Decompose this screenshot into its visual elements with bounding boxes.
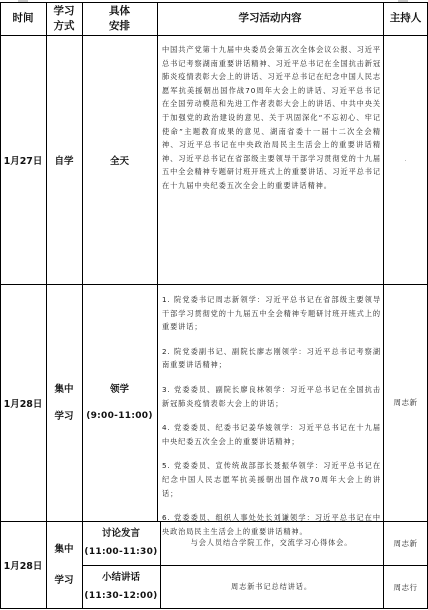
header-method-line1: 学习 (54, 4, 75, 19)
header-arrangement-line1: 具体 (109, 4, 130, 19)
header-host: 主持人 (383, 2, 428, 35)
row2-method: 集中 学习 (46, 284, 82, 521)
lead-study-item: 5. 党委委员、宣传统战部部长聂振华领学：习近平总书记在纪念中国人民志愿军抗美援… (162, 459, 381, 500)
row1-host-empty-mark: . (405, 156, 407, 163)
row3b-arrangement-title: 小结讲话 (102, 569, 140, 587)
row2-arrangement-title: 领学 (110, 376, 129, 403)
study-schedule-page: 时间 学习 方式 具体 安排 学习活动内容 主持人 1月27日 自学 全天 中国… (0, 0, 428, 610)
row3-date-text: 1月28日 (4, 558, 43, 572)
row3-date: 1月28日 (0, 521, 46, 609)
header-method-line2: 方式 (54, 19, 75, 34)
row3a-arrangement: 讨论发言 (11:00-11:30) (82, 521, 160, 565)
header-content: 学习活动内容 (157, 2, 383, 35)
row1-arrangement: 全天 (82, 35, 157, 284)
row3b-host-text: 周志行 (394, 582, 418, 593)
row1-method: 自学 (46, 35, 82, 284)
row3-method: 集中 学习 (46, 521, 82, 609)
header-time-label: 时间 (13, 9, 34, 28)
row3a-arrangement-title: 讨论发言 (102, 525, 140, 543)
row2-date: 1月28日 (0, 284, 46, 521)
row3b-content-text: 周志新书记总结讲话。 (231, 580, 312, 594)
row3-method-line1: 集中 (54, 534, 73, 565)
row2-method-line2: 学习 (54, 403, 73, 430)
row3a-content: 与会人员结合学院工作，交流学习心得体会。 (160, 521, 383, 565)
row2-host-text: 周志新 (394, 397, 418, 408)
lead-study-item: 4. 党委委员、纪委书记姜华婈领学：习近平总书记在十九届中央纪委五次全会上的重要… (162, 421, 381, 448)
header-host-label: 主持人 (390, 9, 422, 28)
header-content-label: 学习活动内容 (239, 9, 302, 28)
row3a-host-text: 周志新 (394, 538, 418, 549)
row3a-host: 周志新 (383, 521, 428, 565)
row3b-host: 周志行 (383, 565, 428, 609)
row1-arrangement-text: 全天 (110, 153, 129, 167)
row3a-arrangement-time: (11:00-11:30) (84, 543, 157, 561)
header-method: 学习 方式 (46, 2, 82, 35)
header-arrangement: 具体 安排 (82, 2, 157, 35)
row2-content: 1. 院党委书记周志新领学：习近平总书记在省部级主要领导干部学习贯彻党的十九届五… (158, 293, 383, 538)
row3-method-line2: 学习 (54, 565, 73, 596)
row3b-content: 周志新书记总结讲话。 (160, 565, 383, 609)
row1-method-text: 自学 (54, 153, 73, 167)
row2-arrangement: 领学 (9:00-11:00) (82, 284, 157, 521)
row2-host: 周志新 (383, 284, 428, 521)
header-time: 时间 (0, 2, 46, 35)
row3b-arrangement-time: (11:30-12:00) (84, 587, 157, 605)
row1-date-text: 1月27日 (4, 153, 43, 167)
row1-host: . (383, 35, 428, 284)
row3b-arrangement: 小结讲话 (11:30-12:00) (82, 565, 160, 609)
row2-date-text: 1月28日 (4, 396, 43, 410)
row1-date: 1月27日 (0, 35, 46, 284)
header-arrangement-line2: 安排 (109, 19, 130, 34)
row1-content: 中国共产党第十九届中央委员会第五次全体会议公报、习近平总书记考察湖南重要讲话精神… (158, 43, 383, 193)
lead-study-item: 3. 党委委员、副院长廖良林领学：习近平总书记在全国抗击新冠肺炎疫情表彰大会上的… (162, 383, 381, 410)
row1-content-text: 中国共产党第十九届中央委员会第五次全体会议公报、习近平总书记考察湖南重要讲话精神… (162, 45, 381, 190)
row3a-content-text: 与会人员结合学院工作，交流学习心得体会。 (191, 536, 353, 550)
lead-study-item: 2. 院党委副书记、副院长廖志刚领学：习近平总书记考察湖南重要讲话精神； (162, 345, 381, 372)
row2-arrangement-time: (9:00-11:00) (86, 403, 153, 430)
row2-method-line1: 集中 (54, 376, 73, 403)
lead-study-item: 1. 院党委书记周志新领学：习近平总书记在省部级主要领导干部学习贯彻党的十九届五… (162, 293, 381, 334)
